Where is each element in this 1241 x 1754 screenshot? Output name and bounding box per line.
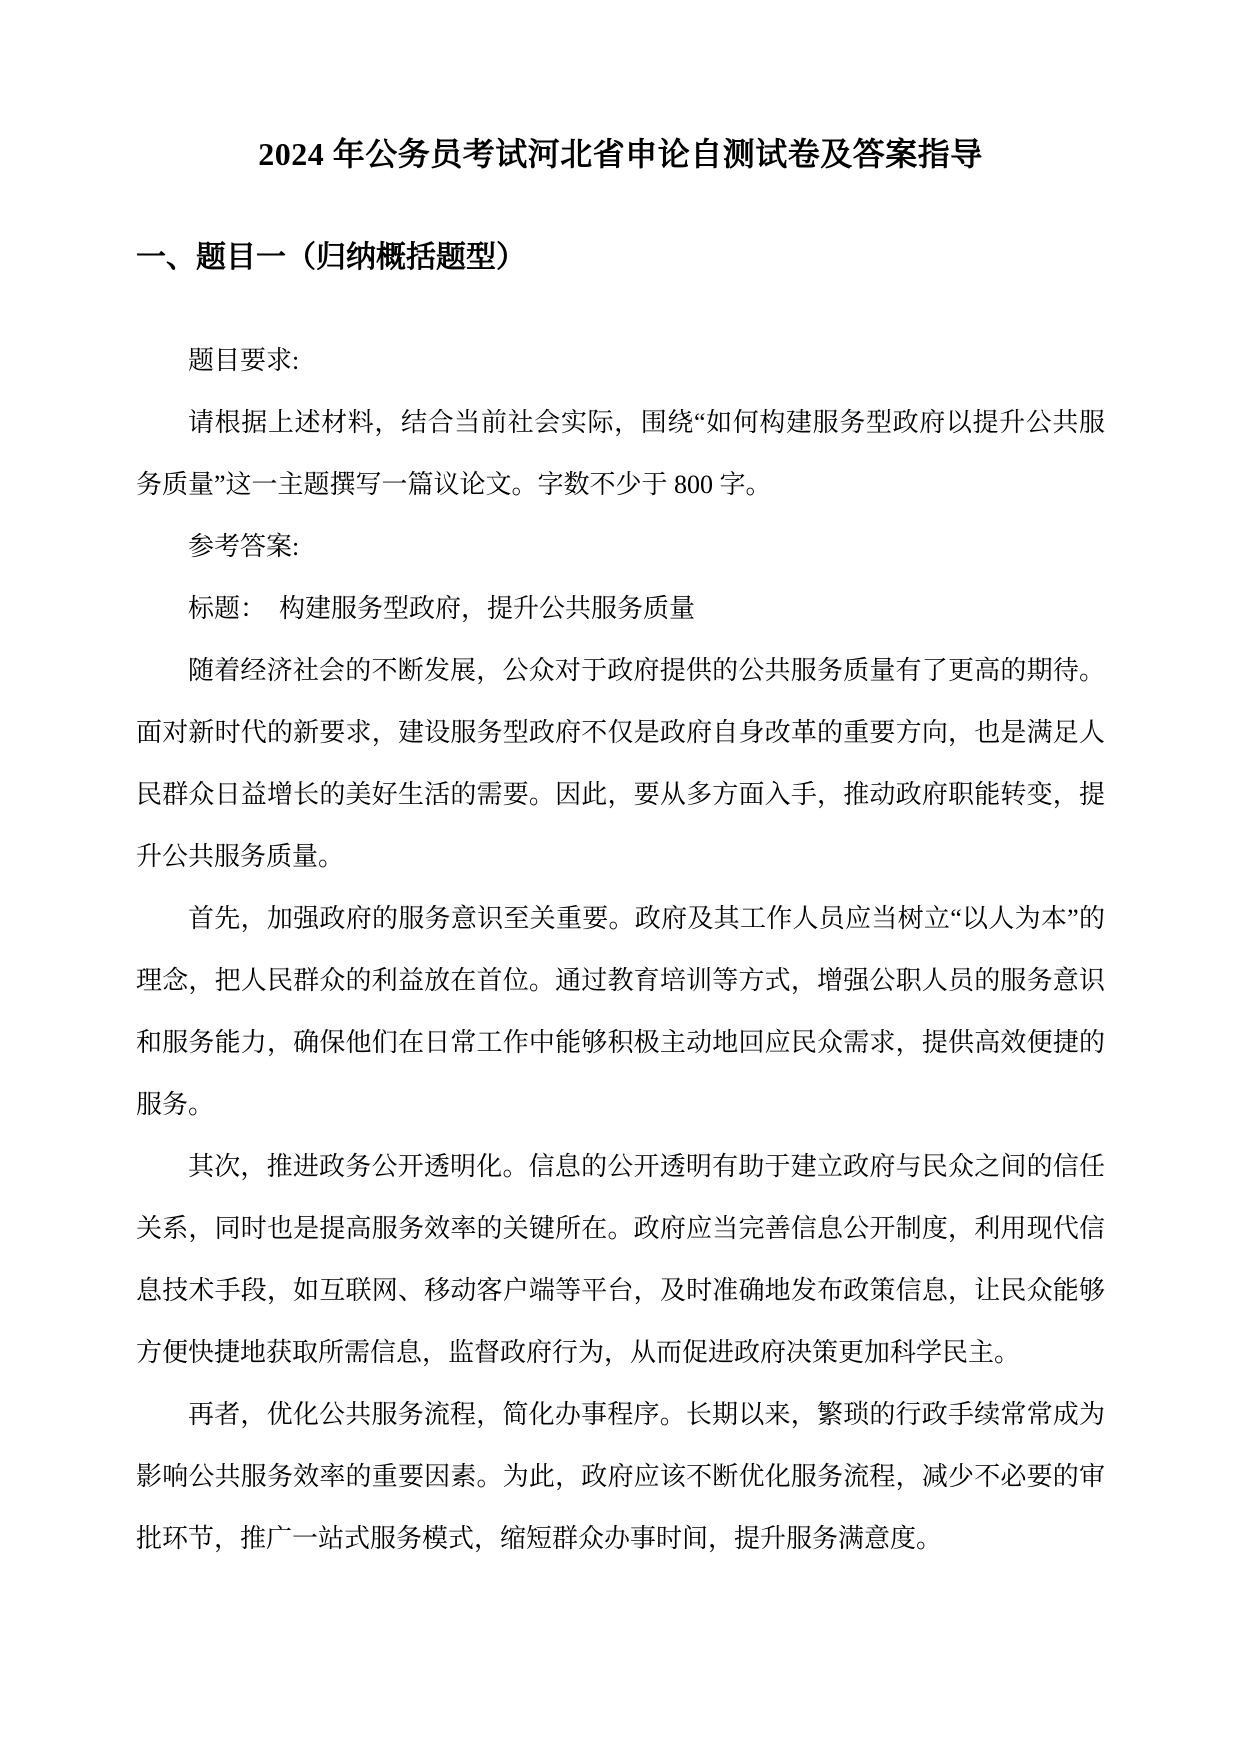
essay-paragraph-intro: 随着经济社会的不断发展，公众对于政府提供的公共服务质量有了更高的期待。面对新时代… (136, 640, 1105, 888)
essay-paragraph-third-point: 再者，优化公共服务流程，简化办事程序。长期以来，繁琐的行政手续常常成为影响公共服… (136, 1384, 1105, 1570)
essay-title-line: 标题： 构建服务型政府，提升公共服务质量 (136, 578, 1105, 640)
section-heading-question-one: 一、题目一（归纳概括题型） (136, 236, 1105, 280)
essay-paragraph-second-point: 其次，推进政务公开透明化。信息的公开透明有助于建立政府与民众之间的信任关系，同时… (136, 1136, 1105, 1384)
question-requirements-label: 题目要求: (136, 330, 1105, 392)
document-page: 2024 年公务员考试河北省申论自测试卷及答案指导 一、题目一（归纳概括题型） … (0, 0, 1241, 1754)
question-requirements-text: 请根据上述材料，结合当前社会实际，围绕“如何构建服务型政府以提升公共服务质量”这… (136, 392, 1105, 516)
document-body: 题目要求: 请根据上述材料，结合当前社会实际，围绕“如何构建服务型政府以提升公共… (136, 330, 1105, 1570)
essay-paragraph-first-point: 首先，加强政府的服务意识至关重要。政府及其工作人员应当树立“以人为本”的理念，把… (136, 888, 1105, 1136)
reference-answer-label: 参考答案: (136, 516, 1105, 578)
document-title: 2024 年公务员考试河北省申论自测试卷及答案指导 (136, 130, 1105, 178)
